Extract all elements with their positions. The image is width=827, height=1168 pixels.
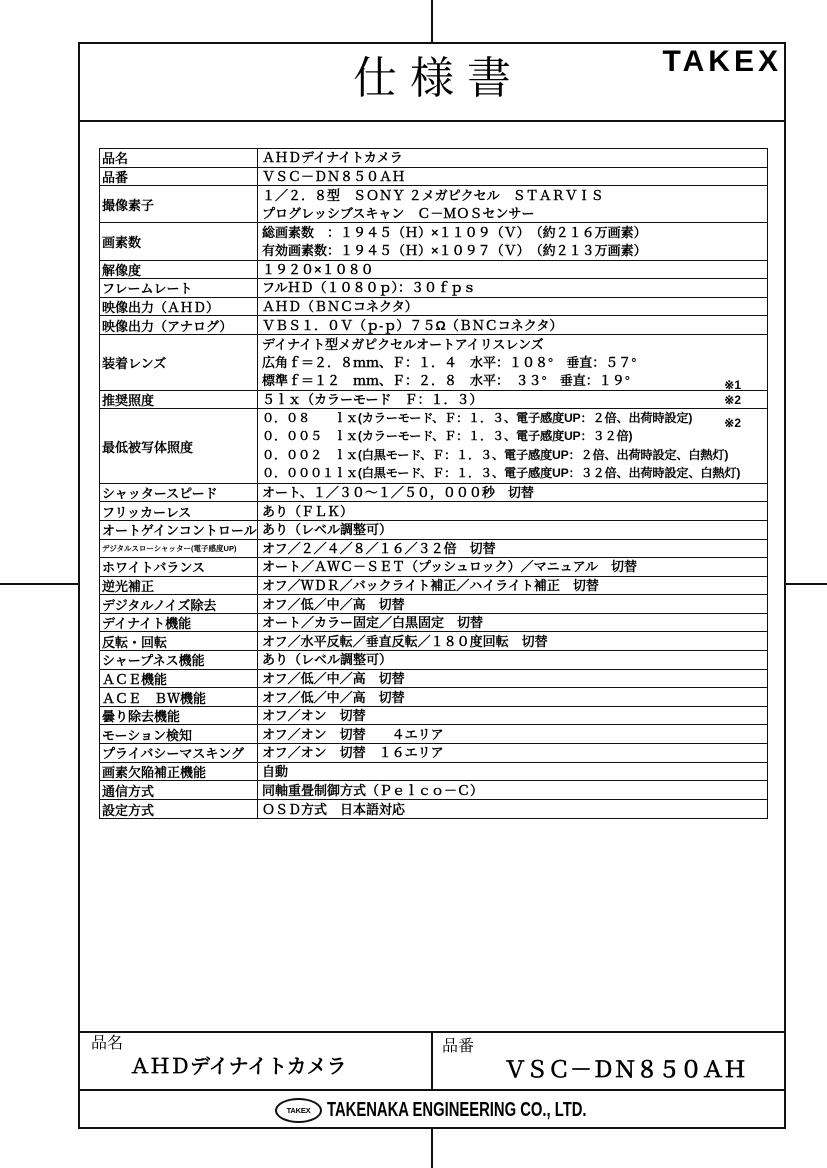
header-divider <box>80 120 784 122</box>
spec-label: 反転・回転 <box>100 632 258 650</box>
spec-value-line: あり（レベル調整可） <box>262 651 767 668</box>
spec-label: シャッタースピード <box>100 484 258 502</box>
spec-row-resolution: 解像度 １９２０×１０８０ <box>100 261 767 280</box>
spec-value: ０．０８ ｌｘ(カラーモード、Ｆ：１．３、電子感度UP：２倍、出荷時設定) ０．… <box>258 409 767 482</box>
spec-row-recommended-illumination: 推奨照度 ５ｌｘ（カラーモード Ｆ：１．３） ※2 <box>100 391 767 410</box>
spec-label: 逆光補正 <box>100 577 258 595</box>
spec-value-line: オフ／２／４／８／１６／３２倍 切替 <box>262 540 767 557</box>
spec-label: デイナイト機能 <box>100 614 258 632</box>
spec-value-line: ＡＨＤデイナイトカメラ <box>262 149 767 166</box>
spec-label: 品名 <box>100 149 258 167</box>
spec-table: 品名 ＡＨＤデイナイトカメラ 品番 ＶＳＣ－ＤＮ８５０ＡＨ 撮像素子 １／２．８… <box>99 148 768 819</box>
footnote-mark: ※1 <box>724 379 741 390</box>
footer-divider-middle <box>80 1089 784 1091</box>
spec-value: 同軸重畳制御方式（Ｐｅｌｃｏ－Ｃ） <box>258 781 767 799</box>
spec-value-line: 同軸重畳制御方式（Ｐｅｌｃｏ－Ｃ） <box>262 782 767 799</box>
spec-value-line: オフ／低／中／高 切替 <box>262 670 767 687</box>
spec-value-line: あり（ＦＬＫ） <box>262 503 767 520</box>
spec-value: オフ／低／中／高 切替 <box>258 670 767 688</box>
spec-value: フルＨＤ（１０８０ｐ）：３０ｆｐｓ <box>258 279 767 297</box>
spec-sheet-frame: 仕様書 TAKEX 品名 ＡＨＤデイナイトカメラ 品番 ＶＳＣ－ＤＮ８５０ＡＨ … <box>78 42 786 1129</box>
spec-row-communication: 通信方式 同軸重畳制御方式（Ｐｅｌｃｏ－Ｃ） <box>100 781 767 800</box>
spec-value-line: 総画素数 ：１９４５（Ｈ）×１１０９（Ｖ） （約２１６万画素） <box>262 224 767 241</box>
spec-value: オフ／オン 切替 ４エリア <box>258 725 767 743</box>
spec-label: 設定方式 <box>100 800 258 819</box>
spec-label: プライバシーマスキング <box>100 744 258 762</box>
takex-oval-logo-icon: TAKEX <box>275 1098 322 1123</box>
spec-row-white-balance: ホワイトバランス オート／ＡＷＣ－ＳＥＴ（プッシュロック）／マニュアル 切替 <box>100 558 767 577</box>
spec-value: オフ／低／中／高 切替 <box>258 688 767 706</box>
spec-label: フレームレート <box>100 279 258 297</box>
spec-label: 曇り除去機能 <box>100 707 258 725</box>
spec-row-model: 品番 ＶＳＣ－ＤＮ８５０ＡＨ <box>100 168 767 187</box>
spec-label: 画素欠陥補正機能 <box>100 763 258 781</box>
spec-row-video-output-ahd: 映像出力（ＡＨＤ） ＡＨＤ（ＢＮＣコネクタ） <box>100 298 767 317</box>
fold-mark-left <box>0 583 78 585</box>
spec-row-defog: 曇り除去機能 オフ／オン 切替 <box>100 707 767 726</box>
spec-value: オート／ＡＷＣ－ＳＥＴ（プッシュロック）／マニュアル 切替 <box>258 558 767 576</box>
spec-value-line: オフ／水平反転／垂直反転／１８０度回転 切替 <box>262 633 767 650</box>
spec-value-line: 自動 <box>262 763 767 780</box>
center-mark-bottom <box>431 1128 433 1168</box>
spec-label: 品番 <box>100 168 258 186</box>
spec-row-setting-method: 設定方式 ＯＳＤ方式 日本語対応 <box>100 800 767 819</box>
spec-row-flip-rotate: 反転・回転 オフ／水平反転／垂直反転／１８０度回転 切替 <box>100 632 767 651</box>
spec-label: デジタルノイズ除去 <box>100 595 258 613</box>
spec-row-auto-gain-control: オートゲインコントロール あり（レベル調整可） <box>100 521 767 540</box>
spec-value-line: オフ／低／中／高 切替 <box>262 596 767 613</box>
spec-label: ホワイトバランス <box>100 558 258 576</box>
spec-row-shutter-speed: シャッタースピード オート、１／３０～１／５０，０００秒 切替 <box>100 484 767 503</box>
footer-model-label: 品番 <box>442 1039 474 1055</box>
spec-value-line: オフ／オン 切替 <box>262 707 767 724</box>
spec-value: ＶＢＳ１．０Ｖ（ｐ-ｐ）７５Ω（ＢＮＣコネクタ） <box>258 316 767 334</box>
spec-value: あり（ＦＬＫ） <box>258 502 767 520</box>
fold-mark-right <box>786 583 827 585</box>
spec-value-line: デイナイト型メガピクセルオートアイリスレンズ <box>262 336 767 353</box>
footer-column-divider <box>431 1032 433 1090</box>
spec-value: ５ｌｘ（カラーモード Ｆ：１．３） ※2 <box>258 391 767 409</box>
spec-value-line: オフ／オン 切替 ４エリア <box>262 726 767 743</box>
footer-product-name-label: 品名 <box>91 1036 123 1052</box>
spec-value: ＡＨＤ（ＢＮＣコネクタ） <box>258 298 767 316</box>
footnote-mark: ※2 <box>724 417 741 429</box>
spec-value: オフ／２／４／８／１６／３２倍 切替 <box>258 540 767 558</box>
spec-label: シャープネス機能 <box>100 651 258 669</box>
spec-row-sharpness: シャープネス機能 あり（レベル調整可） <box>100 651 767 670</box>
footnote-mark: ※2 <box>724 394 741 406</box>
spec-row-frame-rate: フレームレート フルＨＤ（１０８０ｐ）：３０ｆｐｓ <box>100 279 767 298</box>
spec-label: ＡＣＥ機能 <box>100 670 258 688</box>
spec-value: ＶＳＣ－ＤＮ８５０ＡＨ <box>258 168 767 186</box>
spec-value-line: オフ／低／中／高 切替 <box>262 689 767 706</box>
spec-row-flickerless: フリッカーレス あり（ＦＬＫ） <box>100 502 767 521</box>
spec-row-pixels: 画素数 総画素数 ：１９４５（Ｈ）×１１０９（Ｖ） （約２１６万画素） 有効画素… <box>100 223 767 260</box>
spec-value: ＯＳＤ方式 日本語対応 <box>258 800 767 819</box>
spec-value-line: ＡＨＤ（ＢＮＣコネクタ） <box>262 298 767 315</box>
spec-value-line: 標準ｆ＝１２ ｍｍ、Ｆ：２．８ 水平： ３３° 垂直：１９° <box>262 372 767 389</box>
spec-value: オフ／オン 切替 <box>258 707 767 725</box>
spec-value: オフ／低／中／高 切替 <box>258 595 767 613</box>
spec-value: オート、１／３０～１／５０，０００秒 切替 <box>258 484 767 502</box>
spec-row-privacy-masking: プライバシーマスキング オフ／オン 切替 １６エリア <box>100 744 767 763</box>
spec-value: あり（レベル調整可） <box>258 651 767 669</box>
spec-value-line: 広角ｆ＝２．８ｍｍ、Ｆ：１．４ 水平：１０８° 垂直：５７° <box>262 354 767 371</box>
spec-value: 自動 <box>258 763 767 781</box>
spec-row-digital-slow-shutter: デジタルスローシャッター(電子感度UP) オフ／２／４／８／１６／３２倍 切替 <box>100 540 767 559</box>
spec-value-line: ０．０００１ｌｘ(白黒モード、Ｆ：１．３、電子感度UP：３２倍、出荷時設定、白熱… <box>262 465 767 482</box>
spec-value: あり（レベル調整可） <box>258 521 767 539</box>
spec-label: 解像度 <box>100 261 258 279</box>
spec-row-backlight-compensation: 逆光補正 オフ／ＷＤＲ／バックライト補正／ハイライト補正 切替 <box>100 577 767 596</box>
spec-value-line: １９２０×１０８０ <box>262 261 767 278</box>
center-mark-top <box>431 0 433 42</box>
spec-row-digital-noise-reduction: デジタルノイズ除去 オフ／低／中／高 切替 <box>100 595 767 614</box>
spec-label: 画素数 <box>100 223 258 259</box>
spec-value: オフ／水平反転／垂直反転／１８０度回転 切替 <box>258 632 767 650</box>
spec-label: モーション検知 <box>100 725 258 743</box>
spec-value-line: ５ｌｘ（カラーモード Ｆ：１．３） <box>262 391 767 408</box>
spec-row-ace-bw: ＡＣＥ ＢＷ機能 オフ／低／中／高 切替 <box>100 688 767 707</box>
spec-row-image-sensor: 撮像素子 １／２．８型 ＳＯＮＹ ２メガピクセル ＳＴＡＲＶＩＳ プログレッシブ… <box>100 186 767 223</box>
spec-value-line: オート、１／３０～１／５０，０００秒 切替 <box>262 484 767 501</box>
spec-label: オートゲインコントロール <box>100 521 258 539</box>
spec-label: 映像出力（アナログ） <box>100 316 258 334</box>
spec-label: 最低被写体照度 <box>100 409 258 482</box>
spec-value: オフ／ＷＤＲ／バックライト補正／ハイライト補正 切替 <box>258 577 767 595</box>
spec-value: ＡＨＤデイナイトカメラ <box>258 149 767 167</box>
spec-value: １／２．８型 ＳＯＮＹ ２メガピクセル ＳＴＡＲＶＩＳ プログレッシブスキャン … <box>258 186 767 222</box>
spec-row-ace: ＡＣＥ機能 オフ／低／中／高 切替 <box>100 670 767 689</box>
spec-value: オート／カラー固定／白黒固定 切替 <box>258 614 767 632</box>
spec-row-lens: 装着レンズ デイナイト型メガピクセルオートアイリスレンズ 広角ｆ＝２．８ｍｍ、Ｆ… <box>100 335 767 391</box>
spec-label: 推奨照度 <box>100 391 258 409</box>
spec-value-line: オフ／ＷＤＲ／バックライト補正／ハイライト補正 切替 <box>262 577 767 594</box>
spec-value: １９２０×１０８０ <box>258 261 767 279</box>
spec-row-day-night: デイナイト機能 オート／カラー固定／白黒固定 切替 <box>100 614 767 633</box>
spec-row-minimum-illumination: 最低被写体照度 ０．０８ ｌｘ(カラーモード、Ｆ：１．３、電子感度UP：２倍、出… <box>100 409 767 483</box>
spec-value-line: ０．００２ ｌｘ(白黒モード、Ｆ：１．３、電子感度UP：２倍、出荷時設定、白熱灯… <box>262 447 767 464</box>
footer-product-name: ＡＨＤデイナイトカメラ <box>130 1057 347 1077</box>
spec-label: 装着レンズ <box>100 335 258 390</box>
spec-label: デジタルスローシャッター(電子感度UP) <box>100 540 258 558</box>
spec-value-line: プログレッシブスキャン Ｃ－ＭＯＳセンサー <box>262 205 767 222</box>
company-name: TAKENAKA ENGINEERING CO., LTD. <box>327 1100 587 1120</box>
spec-row-product-name: 品名 ＡＨＤデイナイトカメラ <box>100 149 767 168</box>
spec-label: 通信方式 <box>100 781 258 799</box>
spec-row-pixel-defect-correction: 画素欠陥補正機能 自動 <box>100 763 767 782</box>
spec-value-line: 有効画素数：１９４５（Ｈ）×１０９７（Ｖ） （約２１３万画素） <box>262 242 767 259</box>
spec-value-line: あり（レベル調整可） <box>262 521 767 538</box>
spec-label: 撮像素子 <box>100 186 258 222</box>
spec-value-line: フルＨＤ（１０８０ｐ）：３０ｆｐｓ <box>262 279 767 296</box>
spec-value: デイナイト型メガピクセルオートアイリスレンズ 広角ｆ＝２．８ｍｍ、Ｆ：１．４ 水… <box>258 335 767 390</box>
spec-value: オフ／オン 切替 １６エリア <box>258 744 767 762</box>
spec-value: 総画素数 ：１９４５（Ｈ）×１１０９（Ｖ） （約２１６万画素） 有効画素数：１９… <box>258 223 767 259</box>
spec-value-line: オート／ＡＷＣ－ＳＥＴ（プッシュロック）／マニュアル 切替 <box>262 558 767 575</box>
spec-label: フリッカーレス <box>100 502 258 520</box>
spec-value-line: ＶＳＣ－ＤＮ８５０ＡＨ <box>262 168 767 185</box>
spec-row-video-output-analog: 映像出力（アナログ） ＶＢＳ１．０Ｖ（ｐ-ｐ）７５Ω（ＢＮＣコネクタ） <box>100 316 767 335</box>
spec-value-line: オフ／オン 切替 １６エリア <box>262 744 767 761</box>
spec-value-line: １／２．８型 ＳＯＮＹ ２メガピクセル ＳＴＡＲＶＩＳ <box>262 187 767 204</box>
spec-value-line: ０．０８ ｌｘ(カラーモード、Ｆ：１．３、電子感度UP：２倍、出荷時設定) <box>262 410 767 427</box>
spec-value-line: ０．００５ ｌｘ(カラーモード、Ｆ：１．３、電子感度UP：３２倍) <box>262 428 767 445</box>
spec-row-motion-detection: モーション検知 オフ／オン 切替 ４エリア <box>100 725 767 744</box>
spec-value-line: オート／カラー固定／白黒固定 切替 <box>262 614 767 631</box>
spec-label: ＡＣＥ ＢＷ機能 <box>100 688 258 706</box>
brand-logo: TAKEX <box>663 47 782 77</box>
spec-value-line: ＯＳＤ方式 日本語対応 <box>262 801 767 818</box>
spec-value-line: ＶＢＳ１．０Ｖ（ｐ-ｐ）７５Ω（ＢＮＣコネクタ） <box>262 317 767 334</box>
spec-label: 映像出力（ＡＨＤ） <box>100 298 258 316</box>
footer-model-number: ＶＳＣ－ＤＮ８５０ＡＨ <box>504 1059 746 1081</box>
